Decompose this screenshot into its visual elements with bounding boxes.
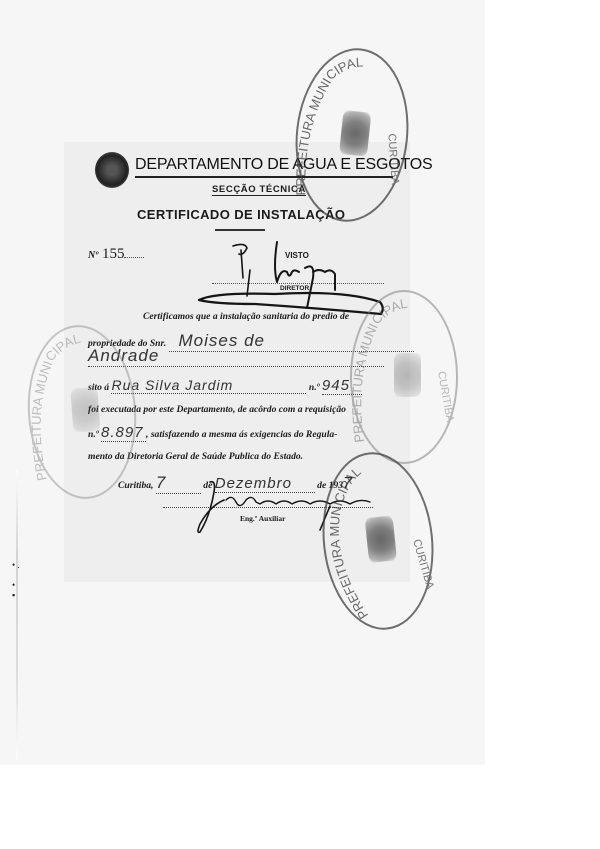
address-number-value: 945 bbox=[322, 377, 350, 394]
paper-fold-edge bbox=[16, 470, 18, 760]
crest-icon bbox=[394, 353, 421, 397]
stamp-top: PREFEITURA MUNICIPAL CURITIBA bbox=[287, 43, 417, 228]
address-field: Rua Silva Jardim bbox=[111, 377, 306, 394]
number-value: 155 bbox=[102, 246, 125, 262]
stamp-right: PREFEITURA MUNICIPAL CURITIBA bbox=[350, 290, 458, 464]
date-day: 7 bbox=[156, 473, 166, 492]
body-line-1: Certificamos que a instalação sanitaria … bbox=[143, 311, 349, 322]
crest-icon bbox=[70, 387, 100, 433]
coat-of-arms-icon bbox=[95, 152, 129, 188]
number-label: Nº bbox=[88, 250, 98, 261]
svg-text:CURITIBA: CURITIBA bbox=[435, 370, 456, 423]
body-line-6-text: , satisfazendo a mesma ás exigencias do … bbox=[146, 429, 337, 440]
stamp-left: PREFEITURA MUNICIPAL bbox=[22, 321, 142, 502]
crest-icon bbox=[365, 515, 397, 563]
paper-specks: • .•▪ bbox=[12, 560, 20, 600]
stamp-bottom: PREFEITURA MUNICIPAL CURITIBA bbox=[314, 447, 442, 636]
crest-icon bbox=[339, 110, 372, 157]
svg-text:CURITIBA: CURITIBA bbox=[385, 133, 401, 186]
body-line-3: Andrade bbox=[88, 346, 384, 367]
owner-field-continued: Andrade bbox=[88, 346, 384, 367]
svg-text:CURITIBA: CURITIBA bbox=[410, 538, 436, 591]
certificate-number: Nº 155 bbox=[88, 246, 144, 263]
title-rule bbox=[215, 229, 265, 231]
address-number-label: n.º bbox=[309, 382, 320, 393]
